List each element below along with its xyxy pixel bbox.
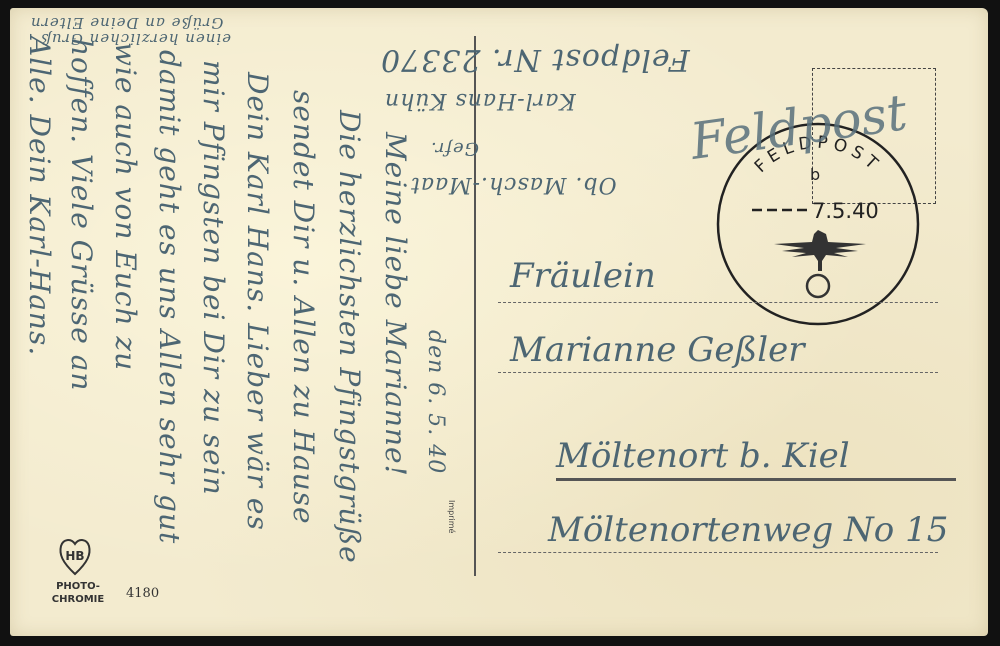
postmark-letter: b	[810, 165, 820, 184]
sender-feldpost-number: Feldpost Nr. 23370	[380, 42, 690, 77]
card-number: 4180	[126, 586, 159, 601]
message-line-4: Dein Karl Hans. Lieber wär es	[241, 72, 274, 531]
postmark-date: 7.5.40	[812, 199, 879, 223]
recipient-name: Marianne Geßler	[510, 330, 804, 370]
message-line-2: Die herzlichsten Pfingstgrüße	[333, 110, 366, 564]
vertical-imprint: Imprimé	[447, 500, 456, 533]
message-date: den 6. 5. 40	[423, 330, 448, 474]
message-line-9: Alle. Dein Karl-Hans.	[23, 36, 56, 356]
margin-note-2: einen herzlichen Gruß	[40, 30, 231, 48]
recipient-salutation: Fräulein	[510, 256, 656, 296]
eagle-emblem-icon	[774, 230, 866, 297]
address-line-2	[498, 372, 938, 373]
center-divider	[474, 36, 476, 576]
sender-name: Karl-Hans Kühn	[384, 88, 576, 113]
address-line-3	[556, 478, 956, 481]
address-line-1	[498, 302, 938, 303]
svg-text:HB: HB	[65, 549, 84, 563]
message-line-8: hoffen. Viele Grüsse an	[65, 38, 98, 391]
recipient-city: Möltenort b. Kiel	[556, 436, 850, 476]
sender-unit-1: Ob. Masch.-Maat	[410, 172, 617, 197]
sender-unit-2: Gefr.	[430, 138, 479, 159]
publisher-heart-logo-icon: HB	[58, 536, 92, 576]
address-line-4	[498, 552, 938, 553]
message-line-5: mir Pfingsten bei Dir zu sein	[197, 60, 230, 496]
publisher-text: PHOTO- CHROMIE	[50, 580, 106, 606]
recipient-street: Möltenortenweg No 15	[548, 510, 948, 550]
message-line-7: wie auch von Euch zu	[109, 42, 142, 371]
message-line-6: damit geht es uns Allen sehr gut	[153, 50, 186, 544]
message-line-3: sendet Dir u. Allen zu Hause	[287, 90, 320, 525]
message-line-1: Meine liebe Marianne!	[379, 132, 412, 477]
